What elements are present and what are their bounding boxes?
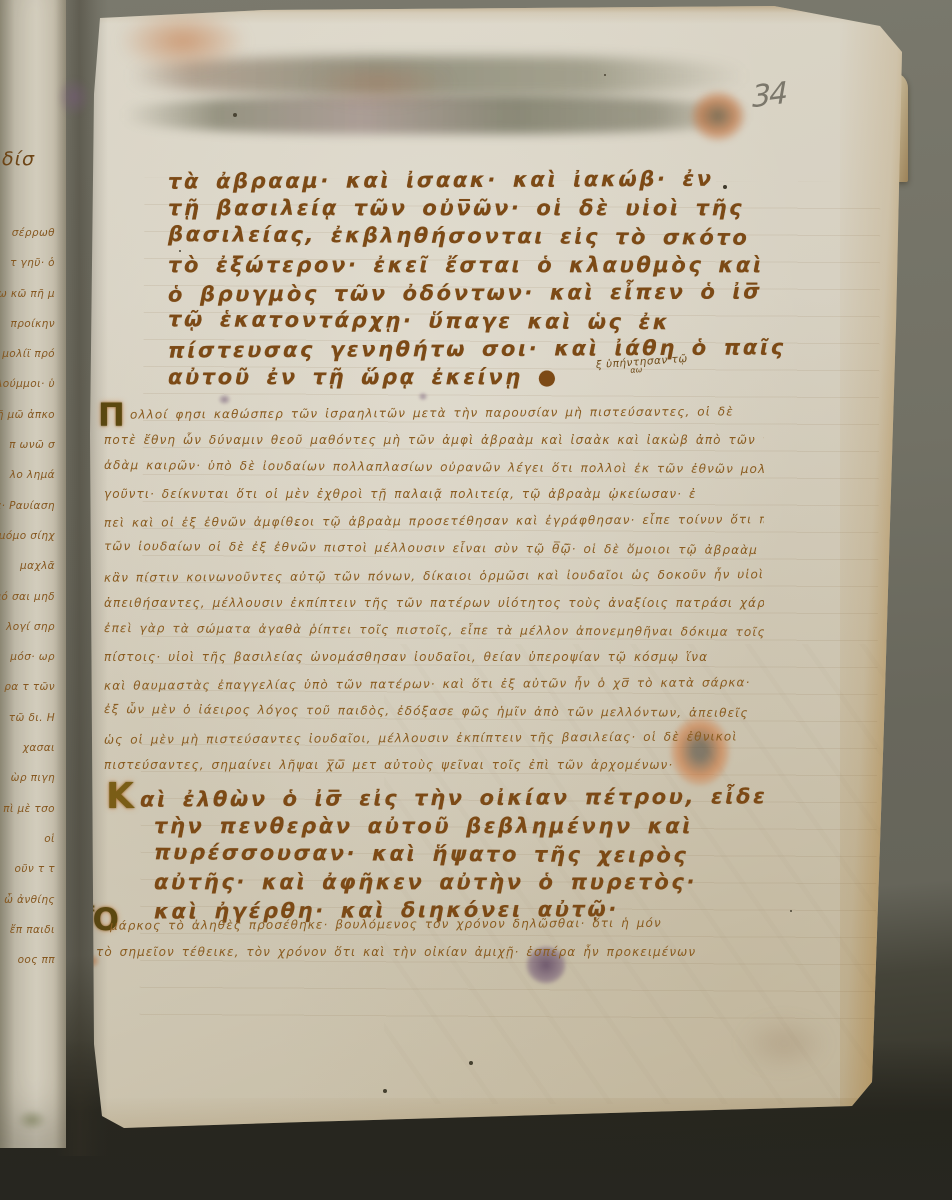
commentary-block-2: μάρκος τὸ ἀληθὲς προσέθηκε· βουλόμενος τ… bbox=[110, 910, 770, 966]
manuscript-page: 34 τὰ ἀβρααμ· καὶ ἰσαακ· καὶ ἰακώβ· ἐν τ… bbox=[84, 4, 908, 1146]
commentary-line: τὸ σημεῖον τέθεικε, τὸν χρόνον ὅτι καὶ τ… bbox=[96, 938, 770, 966]
manuscript-photo: δίσ σέρρωθ τ γηῦ· ὁ ω κῶ πῆ μ προίκην μο… bbox=[0, 0, 952, 1200]
gospel-line: αὐτῆς· καὶ ἀφῆκεν αὐτὴν ὁ πυρετὸς· bbox=[140, 868, 760, 896]
commentary-line: τῶν ἰουδαίων οἱ δὲ ἐξ ἐθνῶν πιστοὶ μέλλο… bbox=[104, 533, 764, 564]
fragment-line: οος ππ bbox=[0, 945, 60, 975]
commentary-line: ολλοί φησι καθώσπερ τῶν ἰσραηλιτῶν μετὰ … bbox=[104, 398, 764, 429]
fragment-line: τῶ δι. Η bbox=[0, 703, 60, 733]
commentary-line: ἀδὰμ καιρῶν· ὑπὸ δὲ ἰουδαίων πολλαπλασίω… bbox=[104, 452, 764, 483]
fragment-line: μόσ· ωρ bbox=[0, 642, 60, 672]
fragment-line: ω κῶ πῆ μ bbox=[0, 279, 60, 309]
fragment-line: λο λημά bbox=[0, 460, 60, 490]
fragment-line: σέρρωθ bbox=[0, 218, 60, 248]
purple-ink-blot bbox=[58, 78, 90, 116]
fragment-line: προίκην bbox=[0, 309, 60, 339]
commentary-line: γοῦντι· δείκνυται ὅτι οἱ μὲν ἐχθροὶ τῇ π… bbox=[104, 481, 764, 508]
gospel-line: βασιλείας, ἐκβληθήσονται εἰς τὸ σκότο bbox=[168, 221, 768, 253]
fragment-line: λῆ μῶ ἀπκο bbox=[0, 400, 60, 430]
page-top-edge bbox=[84, 4, 908, 24]
fragment-line: μό σαι μηδ bbox=[0, 582, 60, 612]
commentary-line: καὶ θαυμαστὰς ἐπαγγελίας ὑπὸ τῶν πατέρων… bbox=[104, 669, 764, 700]
commentary-line: ὡς οἱ μὲν μὴ πιστεύσαντες ἰουδαῖοι, μέλλ… bbox=[104, 723, 764, 754]
fragment-line: μολίϊ πρό bbox=[0, 339, 60, 369]
gospel-line: τῇ βασιλείᾳ τῶν οὐν̅ῶν· οἱ δὲ υἱοὶ τῆς bbox=[168, 194, 768, 222]
fragment-line: τ γηῦ· ὁ bbox=[0, 248, 60, 278]
fragment-line: οῦν τ τ bbox=[0, 854, 60, 884]
fragment-line: ὦ ἀνθίης bbox=[0, 885, 60, 915]
gospel-line: πυρέσσουσαν· καὶ ἥψατο τῆς χειρὸς bbox=[140, 838, 760, 870]
commentary-line: μάρκος τὸ ἀληθὲς προσέθηκε· βουλόμενος τ… bbox=[110, 908, 770, 939]
green-stain bbox=[18, 1110, 46, 1130]
initial-letter-kappa: Κ bbox=[106, 776, 134, 817]
fragment-line: ὼρ πιγη bbox=[0, 763, 60, 793]
fragment-line: πὶ μὲ τσο bbox=[0, 794, 60, 824]
gospel-line: τὴν πενθερὰν αὐτοῦ βεβλημένην καὶ bbox=[140, 812, 760, 840]
commentary-line: πίστοις· υἱοὶ τῆς βασιλείας ὠνομάσθησαν … bbox=[104, 644, 764, 671]
fragment-line: π ωνῶ σ bbox=[0, 430, 60, 460]
folio-number: 34 bbox=[752, 76, 787, 115]
fragment-line: χασαι bbox=[0, 733, 60, 763]
gospel-line: τὸ ἐξώτερον· ἐκεῖ ἔσται ὁ κλαυθμὸς καὶ bbox=[168, 251, 768, 279]
gospel-text-block-2: αὶ ἐλθὼν ὁ ἰσ̅ εἰς τὴν οἰκίαν πέτρου, εἶ… bbox=[140, 784, 760, 924]
facing-page-fragment-column: σέρρωθ τ γηῦ· ὁ ω κῶ πῆ μ προίκην μολίϊ … bbox=[0, 218, 60, 975]
fragment-line: μόμο σίηχ bbox=[0, 521, 60, 551]
commentary-line: ἀπειθήσαντες, μέλλουσιν ἐκπίπτειν τῆς τῶ… bbox=[104, 590, 764, 617]
commentary-block-1: ολλοί φησι καθώσπερ τῶν ἰσραηλιτῶν μετὰ … bbox=[104, 400, 764, 779]
commentary-line: ἐξ ὧν μὲν ὁ ἰάειρος λόγος τοῦ παιδὸς, ἐδ… bbox=[104, 696, 764, 727]
commentary-line: ἐπεὶ γὰρ τὰ σώματα ἀγαθὰ ῥίπτει τοῖς πισ… bbox=[104, 615, 764, 646]
fragment-line: α· Ραυίαση bbox=[0, 491, 60, 521]
fragment-line: οἱ bbox=[0, 824, 60, 854]
gospel-line: τῷ ἑκατοντάρχῃ· ὕπαγε καὶ ὡς ἐκ bbox=[168, 305, 768, 337]
commentary-line: πιστεύσαντες, σημαίνει λῆψαι χ̅ῶ̅ μετ αὐ… bbox=[104, 752, 764, 779]
bleedthrough-smear bbox=[124, 96, 749, 134]
facing-page-header-fragment: δίσ bbox=[2, 148, 62, 170]
fragment-line: ρα τ τῶν bbox=[0, 672, 60, 702]
gospel-line: ὁ βρυγμὸς τῶν ὀδόντων· καὶ εἶπεν ὁ ἰσ̅ bbox=[168, 277, 768, 308]
fragment-line: ἔπ παιδι bbox=[0, 915, 60, 945]
gutter-shadow bbox=[56, 0, 108, 1156]
fragment-line: λογί σηρ bbox=[0, 612, 60, 642]
commentary-line: κἂν πίστιν κοινωνοῦντες αὐτῷ τῶν πόνων, … bbox=[104, 561, 764, 592]
bleedthrough-smear bbox=[130, 56, 745, 96]
fragment-line: μαχλᾶ bbox=[0, 551, 60, 581]
gospel-line: τὰ ἀβρααμ· καὶ ἰσαακ· καὶ ἰακώβ· ἐν bbox=[168, 164, 768, 195]
fragment-line: λούμμοι· ὑ bbox=[0, 369, 60, 399]
gospel-line: αὶ ἐλθὼν ὁ ἰσ̅ εἰς τὴν οἰκίαν πέτρου, εἶ… bbox=[140, 782, 760, 813]
rust-stain bbox=[304, 62, 454, 104]
rust-stain bbox=[690, 90, 746, 142]
commentary-line: ποτὲ ἔθνη ὧν δύναμιν θεοῦ μαθόντες μὴ τῶ… bbox=[104, 427, 764, 454]
